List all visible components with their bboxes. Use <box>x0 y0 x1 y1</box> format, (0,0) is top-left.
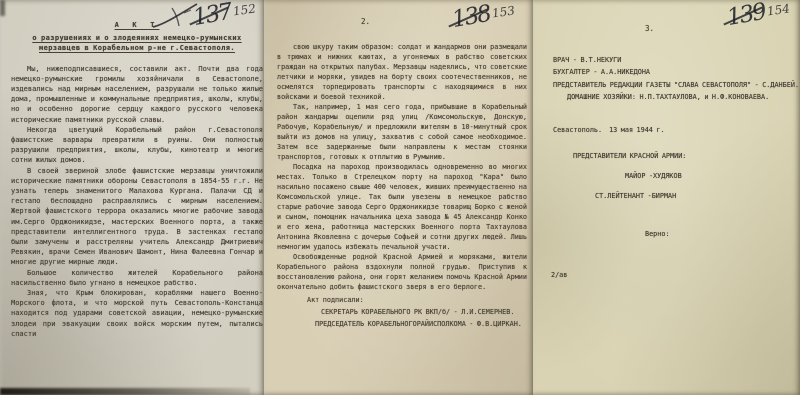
text-line: ДОМАШНИЕ ХОЗЯЙКИ: Н.П.ТАХТАУЛОВА, и Н.Ф.… <box>541 91 798 103</box>
paragraph: свою шкуру таким образом: солдат и жанда… <box>277 42 527 102</box>
paragraph: Большое количество жителей Корабельного … <box>11 268 263 288</box>
text-line: ВРАЧ - В.Т.НЕКУГИ <box>541 54 798 66</box>
text-line: Акт подписали: <box>277 295 527 305</box>
page-1: 137152 А К То разрушениях и о злодеяниях… <box>0 0 264 395</box>
text-line: БУХГАЛТЕР - А.А.НИКЕДОНА <box>541 66 798 78</box>
page-number: 3. <box>645 24 654 33</box>
scanned-document: { "document": { "kind": "scanned typewri… <box>0 0 800 395</box>
text-line: 2/ав <box>541 269 798 281</box>
document-scan: 137152 А К То разрушениях и о злодеяниях… <box>0 0 800 395</box>
archive-page-number: 138153 <box>452 4 515 30</box>
archive-page-number: 137152 <box>193 2 256 28</box>
text-line: СТ.ЛЕЙТЕНАНТ -БИРМАН <box>541 190 798 202</box>
archive-number-new: 154 <box>766 1 791 18</box>
text-line: ПРЕДСЕДАТЕЛЬ КОРАБЕЛЬНОГОРАЙИСПОЛКОМА - … <box>277 319 527 329</box>
document-subtitle: мерзавцев в Корабельном р-не г.Севастопо… <box>11 43 263 53</box>
text-line: Севастополь. 13 мая 1944 г. <box>541 124 798 136</box>
document-subtitle: о разрушениях и о злодеяниях немецко-рум… <box>11 33 263 43</box>
page-number: 2. <box>361 17 370 26</box>
page-text: ВРАЧ - В.Т.НЕКУГИБУХГАЛТЕР - А.А.НИКЕДОН… <box>541 54 798 281</box>
page-2: 138153 2. свою шкуру таким образом: солд… <box>264 0 533 395</box>
page-3: 139154 3. ВРАЧ - В.Т.НЕКУГИБУХГАЛТЕР - А… <box>533 0 800 395</box>
archive-page-number: 139154 <box>727 2 790 28</box>
paragraph: В своей звериной злобе фашистские мерзав… <box>11 166 263 268</box>
text-line: Верно: <box>541 228 798 240</box>
paragraph: Посадка на пароход производилась одновре… <box>277 162 527 252</box>
page-text: свою шкуру таким образом: солдат и жанда… <box>277 42 527 329</box>
text-line: ПРЕДСТАВИТЕЛИ КРАСНОЙ АРМИИ: <box>541 150 798 162</box>
paragraph: Зная, что Крым блокирован, кораблями наш… <box>11 288 263 339</box>
paragraph: Некогда цветущий Корабельный район г.Сев… <box>11 125 263 166</box>
archive-number-new: 152 <box>232 1 257 18</box>
text-line: СЕКРЕТАРЬ КОРАБЕЛЬНОГО РК ВКП/б/ - Л.И.С… <box>277 307 527 317</box>
page-text: А К То разрушениях и о злодеяниях немецк… <box>11 20 263 339</box>
text-line: ПРЕДСТАВИТЕЛЬ РЕДАКЦИИ ГАЗЕТЫ "СЛАВА СЕВ… <box>541 79 798 91</box>
text-line: МАЙОР -ХУДЯКОВ <box>541 170 798 182</box>
paragraph: Так, например, 1 мая сего года, прибывши… <box>277 102 527 162</box>
archive-number-new: 153 <box>491 3 516 20</box>
paragraph: Мы, нижеподписавшиеся, составили акт. По… <box>11 64 263 125</box>
paragraph: Освобожденные родной Красной Армией и мо… <box>277 252 527 292</box>
